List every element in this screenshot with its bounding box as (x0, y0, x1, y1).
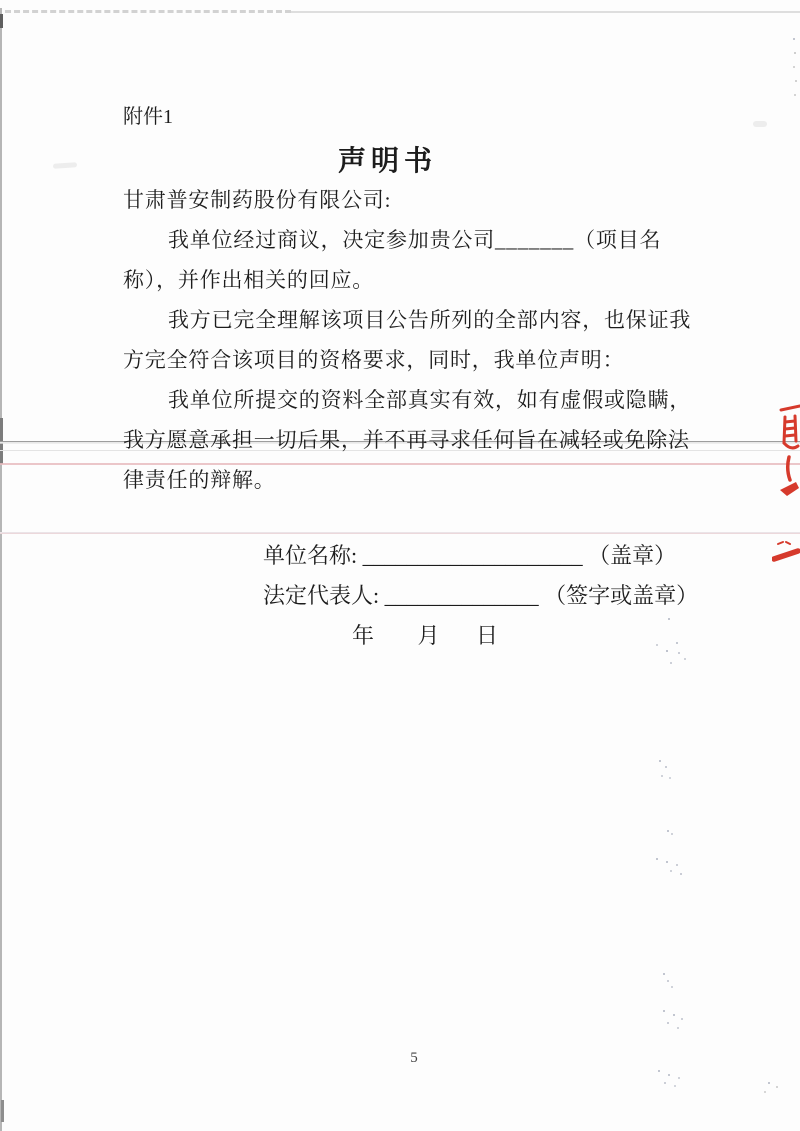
company-name-blank: ____________________ (363, 543, 583, 568)
legal-representative-label: 法定代表人: (263, 583, 379, 608)
scan-noise-speckles (768, 1082, 770, 1084)
scan-artifact-fold-line-soft (0, 532, 800, 534)
scan-smudge (753, 121, 767, 127)
body-text-line: 律责任的辩解。 (123, 460, 723, 500)
date-month-label: 月 (418, 623, 440, 648)
scan-noise-speckles (658, 1070, 660, 1072)
scan-artifact-top-dashed-line (5, 10, 291, 13)
scan-noise-speckles (663, 1010, 665, 1012)
body-text-line: 我单位经过商议，决定参加贵公司_______（项目名 (123, 220, 723, 260)
scan-artifact-top-line (291, 11, 800, 13)
scan-artifact-left-edge-line (0, 8, 2, 1131)
body-text-line: 我单位所提交的资料全部真实有效，如有虚假或隐瞒， (123, 380, 723, 420)
date-line: 年 月 日 (263, 616, 723, 656)
page-number: 5 (400, 1050, 428, 1067)
scan-noise-speckles (656, 858, 658, 860)
signature-block: 单位名称: ____________________ （盖章） 法定代表人: _… (263, 536, 723, 656)
scan-noise-speckles (793, 38, 795, 40)
document-title: 声明书 (338, 139, 437, 179)
scan-noise-speckles (667, 830, 669, 832)
body-text-line: 我方已完全理解该项目公告所列的全部内容，也保证我 (123, 300, 723, 340)
red-ink-annotation-stroke (780, 455, 800, 483)
representative-seal-note: （签字或盖章） (544, 583, 698, 608)
scan-noise-speckles (659, 760, 661, 762)
red-ink-annotation-arrow-blot (778, 481, 800, 498)
body-text-line: 称），并作出相关的回应。 (123, 260, 723, 300)
body-text-line: 方完全符合该项目的资格要求，同时，我单位声明： (123, 340, 723, 380)
date-day-label: 日 (476, 623, 498, 648)
scan-artifact-left-edge-tick (0, 14, 3, 28)
scan-noise-speckles (663, 973, 665, 975)
scanned-document-page: 附件1 声明书 甘肃普安制药股份有限公司: 我单位经过商议，决定参加贵公司___… (0, 0, 800, 1131)
scan-artifact-left-edge-tick (1, 1100, 4, 1122)
red-ink-annotation-character-fragment (775, 395, 800, 455)
company-seal-note: （盖章） (588, 543, 676, 568)
date-year-label: 年 (352, 623, 374, 648)
document-body: 甘肃普安制药股份有限公司: 我单位经过商议，决定参加贵公司_______（项目名… (123, 180, 723, 500)
company-name-line: 单位名称: ____________________ （盖章） (263, 536, 723, 576)
attachment-label: 附件1 (123, 104, 173, 130)
body-text-line: 我方愿意承担一切后果，并不再寻求任何旨在减轻或免除法 (123, 420, 723, 460)
legal-representative-line: 法定代表人: ______________ （签字或盖章） (263, 576, 723, 616)
salutation-line: 甘肃普安制药股份有限公司: (123, 180, 723, 220)
red-ink-annotation-fragment (772, 537, 800, 567)
legal-representative-blank: ______________ (385, 583, 539, 608)
company-name-label: 单位名称: (263, 543, 357, 568)
scan-smudge (53, 162, 77, 169)
